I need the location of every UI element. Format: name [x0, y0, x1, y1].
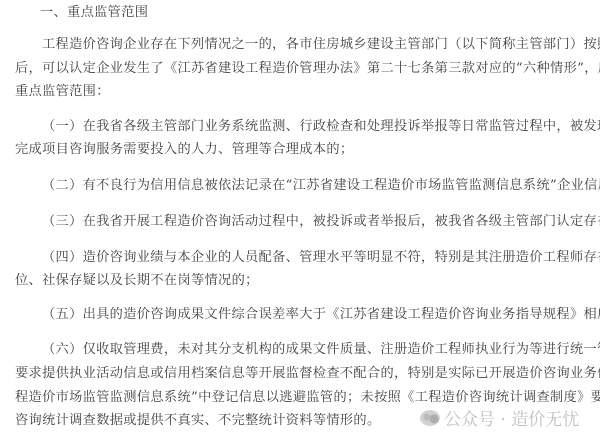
- item-2-line-1: （二）有不良行为信用信息被依法记录在“江苏省建设工程造价市场监管监测信息系统”企…: [42, 177, 585, 195]
- item-1-line-1: （一）在我省各级主管部门业务系统监测、行政检查和处理投诉举报等日常监管过程中，被…: [42, 118, 585, 136]
- intro-line-2: 后，可以认定企业发生了《江苏省建设工程造价管理办法》第二十七条第三款对应的“六种…: [15, 60, 585, 78]
- item-6-line-1: （六）仅收取管理费，未对其分支机构的成果文件质量、注册造价工程师执业行为等进行统…: [42, 341, 585, 359]
- watermark-text: 公众号 · 造价无忧: [444, 405, 579, 430]
- wechat-icon: [420, 410, 440, 426]
- item-6-line-2: 要求提供执业活动信息或信用档案信息等开展监督检查不配合的，特别是实际已开展造价咨…: [15, 365, 585, 383]
- item-5-line-1: （五）出具的造价咨询成果文件综合误差率大于《江苏省建设工程造价咨询业务指导规程》…: [42, 306, 585, 324]
- item-4-line-1: （四）造价咨询业绩与本企业的人员配备、管理水平等明显不符，特别是其注册造价工程师…: [42, 249, 585, 267]
- item-1-line-2: 完成项目咨询服务需要投入的人力、管理等合理成本的；: [15, 141, 585, 159]
- item-3-line-1: （三）在我省开展工程造价咨询活动过程中，被投诉或者举报后，被我省各级主管部门认定…: [42, 213, 585, 231]
- intro-line-3: 重点监管范围：: [15, 83, 585, 101]
- item-4-line-2: 位、社保存疑以及长期不在岗等情况的；: [15, 272, 585, 290]
- intro-line-1: 工程造价咨询企业存在下列情况之一的，各市住房城乡建设主管部门（以下简称主管部门）…: [42, 36, 585, 54]
- section-title: 一、重点监管范围: [40, 4, 600, 22]
- document-page: 一、重点监管范围 工程造价咨询企业存在下列情况之一的，各市住房城乡建设主管部门（…: [0, 0, 600, 437]
- watermark: 公众号 · 造价无忧: [420, 405, 579, 430]
